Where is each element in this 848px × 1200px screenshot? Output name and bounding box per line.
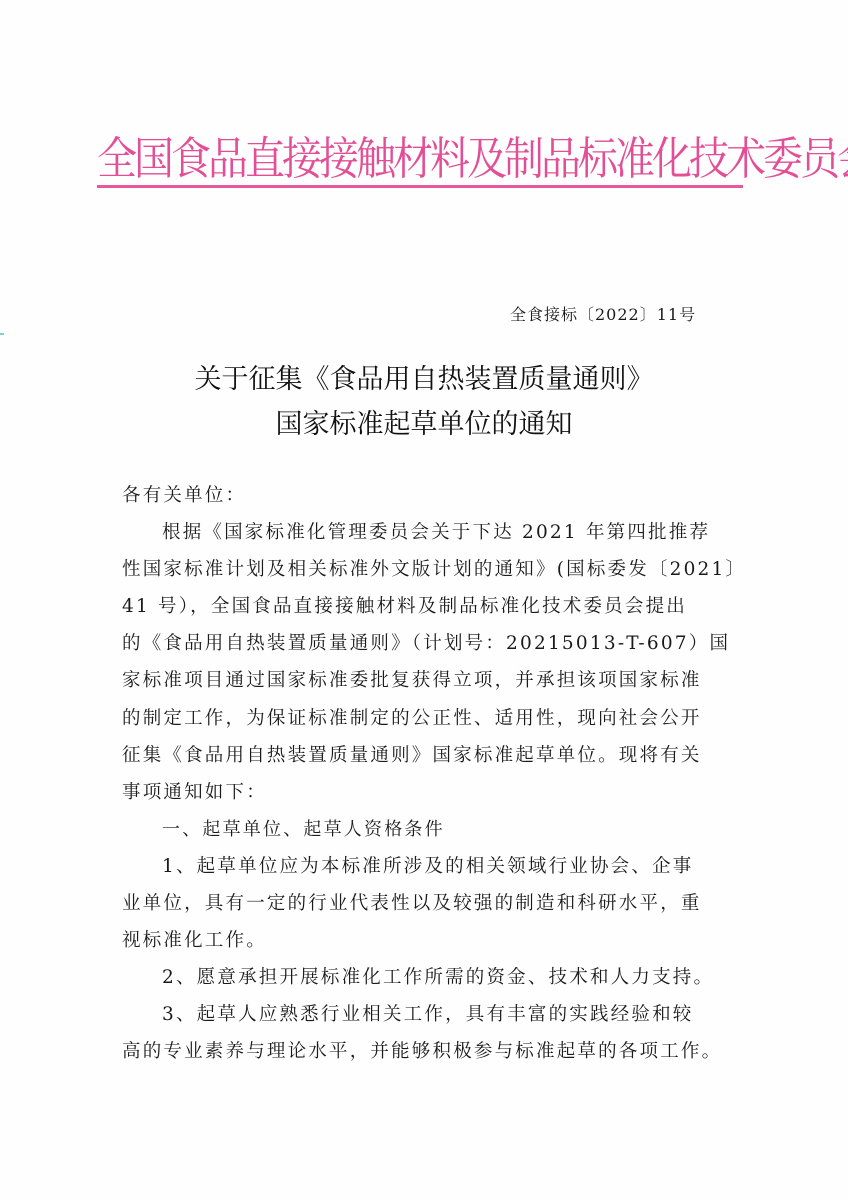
body-line: 的制定工作，为保证标准制定的公正性、适用性，现向社会公开	[122, 700, 722, 737]
body-line: 征集《食品用自热装置质量通则》国家标准起草单位。现将有关	[122, 737, 722, 774]
section-item-line: 高的专业素养与理论水平，并能够积极参与标准起草的各项工作。	[122, 1033, 722, 1070]
document-body: 各有关单位： 根据《国家标准化管理委员会关于下达 2021 年第四批推荐 性国家…	[122, 477, 722, 1071]
body-line: 的《食品用自热装置质量通则》（计划号：20215013-T-607）国	[122, 625, 722, 662]
section-heading: 一、起草单位、起草人资格条件	[122, 811, 722, 848]
salutation: 各有关单位：	[122, 477, 722, 514]
scan-margin-mark	[0, 333, 4, 335]
body-line: 41 号），全国食品直接接触材料及制品标准化技术委员会提出	[122, 588, 722, 625]
document-page: 全国食品直接接触材料及制品标准化技术委员会 全食接标〔2022〕11号 关于征集…	[0, 0, 848, 1200]
section-item-line: 视标准化工作。	[122, 922, 722, 959]
letterhead-org-name: 全国食品直接接触材料及制品标准化技术委员会	[97, 128, 743, 191]
section-item-line: 3、起草人应熟悉行业相关工作，具有丰富的实践经验和较	[122, 996, 722, 1033]
body-line: 根据《国家标准化管理委员会关于下达 2021 年第四批推荐	[122, 514, 722, 551]
body-line: 性国家标准计划及相关标准外文版计划的通知》(国标委发〔2021〕	[122, 551, 722, 588]
document-number: 全食接标〔2022〕11号	[510, 303, 696, 327]
body-line: 事项通知如下：	[122, 774, 722, 811]
letterhead-divider	[97, 185, 743, 188]
section-item-line: 2、愿意承担开展标准化工作所需的资金、技术和人力支持。	[122, 959, 722, 996]
document-title-line-2: 国家标准起草单位的通知	[0, 405, 848, 445]
section-item-line: 1、起草单位应为本标准所涉及的相关领域行业协会、企事	[122, 848, 722, 885]
body-line: 家标准项目通过国家标准委批复获得立项，并承担该项国家标准	[122, 662, 722, 699]
section-item-line: 业单位，具有一定的行业代表性以及较强的制造和科研水平，重	[122, 885, 722, 922]
document-title-line-1: 关于征集《食品用自热装置质量通则》	[0, 360, 848, 400]
